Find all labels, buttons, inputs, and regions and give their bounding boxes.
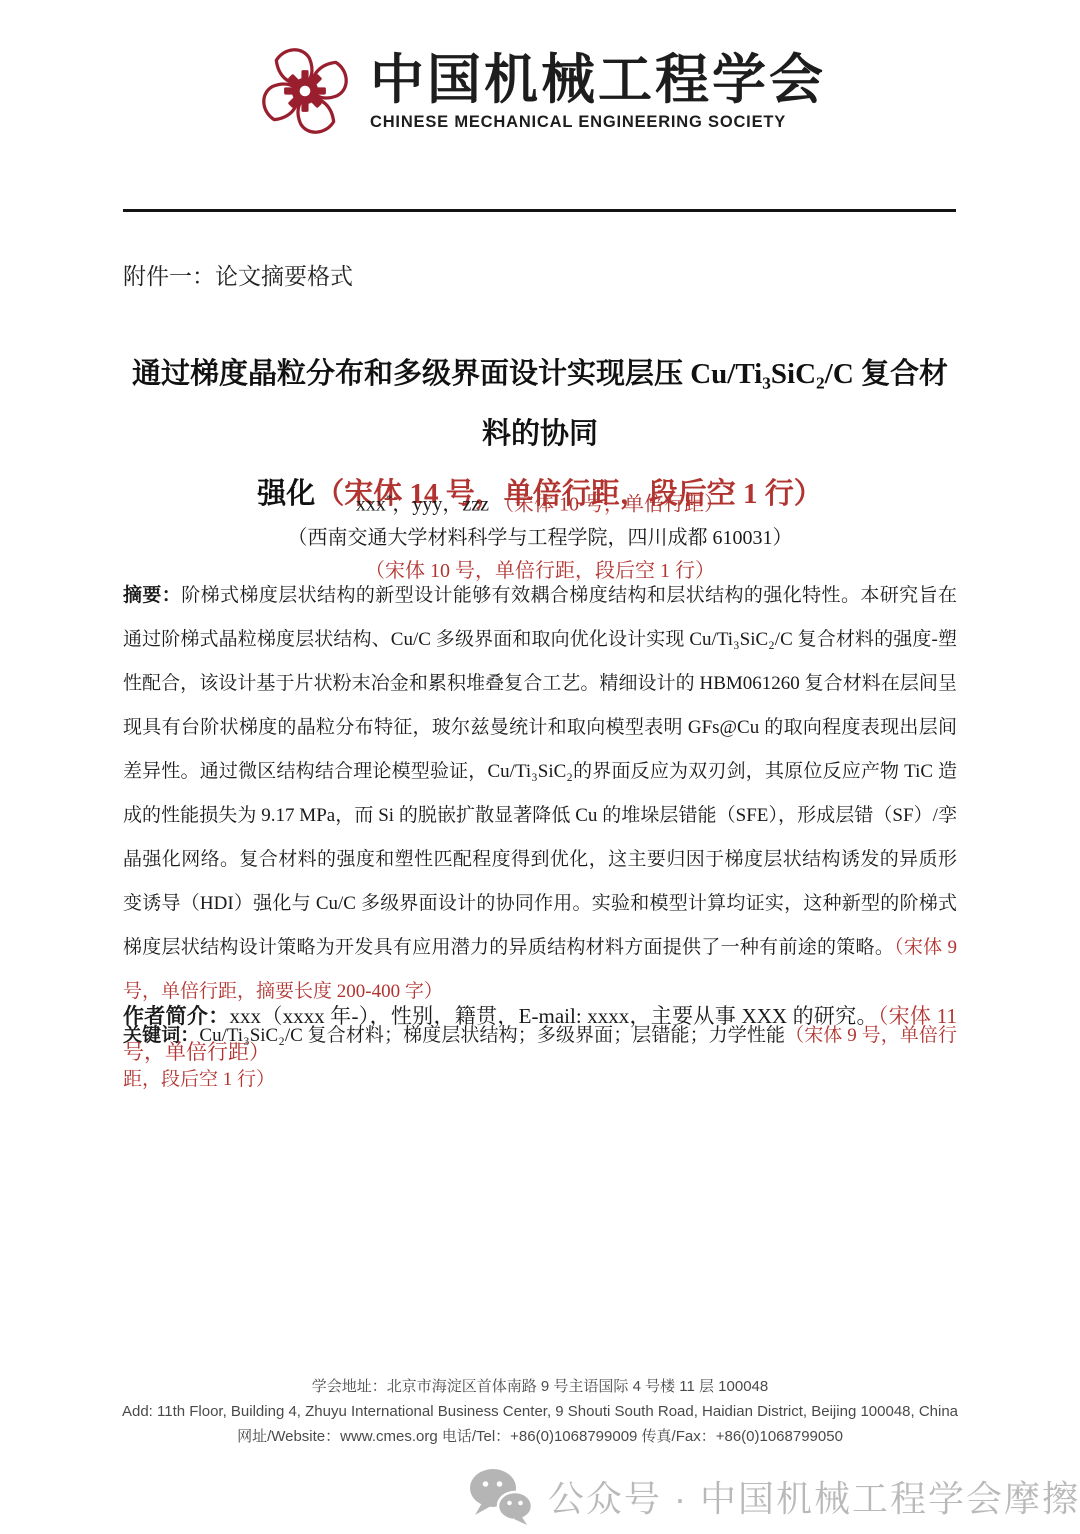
author-bio-paragraph: 作者简介：xxx（xxxx 年-），性别，籍贯，E-mail: xxxx，主要从… [123, 998, 957, 1070]
society-name-en: CHINESE MECHANICAL ENGINEERING SOCIETY [370, 113, 786, 132]
page-footer: 学会地址：北京市海淀区首体南路 9 号主语国际 4 号楼 11 层 100048… [0, 1374, 1080, 1449]
attachment-label: 附件一：论文摘要格式 [123, 258, 353, 291]
abstract-paragraph: 摘要：阶梯式梯度层状结构的新型设计能够有效耦合梯度结构和层状结构的强化特性。本研… [123, 574, 957, 1014]
abstract-body: 阶梯式梯度层状结构的新型设计能够有效耦合梯度结构和层状结构的强化特性。本研究旨在… [123, 585, 957, 958]
watermark-text: 公众号 · 中国机械工程学会摩擦学分会 [548, 1471, 1080, 1522]
society-name-cn: 中国机械工程学会 [370, 50, 826, 110]
abstract-label: 摘要： [123, 585, 181, 606]
author-names: xxx [356, 494, 386, 516]
authors-block: xxx*，yyy，zzz （宋体 10 号，单倍行距） （西南交通大学材料科学与… [123, 482, 957, 588]
society-flower-gear-icon [254, 40, 356, 142]
wechat-icon [468, 1466, 534, 1526]
header-divider [123, 209, 956, 212]
affiliation-line: （西南交通大学材料科学与工程学院，四川成都 610031） [123, 522, 957, 555]
society-logo: 中国机械工程学会 CHINESE MECHANICAL ENGINEERING … [0, 40, 1080, 142]
document-page: 中国机械工程学会 CHINESE MECHANICAL ENGINEERING … [0, 0, 1080, 1534]
authors-format-note: （宋体 10 号，单倍行距） [494, 494, 724, 516]
footer-address-cn: 学会地址：北京市海淀区首体南路 9 号主语国际 4 号楼 11 层 100048 [0, 1374, 1080, 1399]
wechat-watermark: 公众号 · 中国机械工程学会摩擦学分会 [468, 1466, 1080, 1526]
author-bio-body: xxx（xxxx 年-），性别，籍贯，E-mail: xxxx，主要从事 XXX… [230, 1004, 878, 1028]
author-names-rest: ，yyy，zzz [392, 494, 494, 516]
authors-line: xxx*，yyy，zzz （宋体 10 号，单倍行距） [123, 482, 957, 522]
paper-title-line1: 通过梯度晶粒分布和多级界面设计实现层压 Cu/Ti₃SiC₂/C 复合材料的协同 [123, 344, 957, 464]
society-logo-texts: 中国机械工程学会 CHINESE MECHANICAL ENGINEERING … [370, 50, 826, 132]
footer-address-en: Add: 11th Floor, Building 4, Zhuyu Inter… [0, 1399, 1080, 1424]
footer-contact: 网址/Website：www.cmes.org 电话/Tel：+86(0)106… [0, 1424, 1080, 1449]
author-bio-label: 作者简介： [123, 1004, 230, 1028]
